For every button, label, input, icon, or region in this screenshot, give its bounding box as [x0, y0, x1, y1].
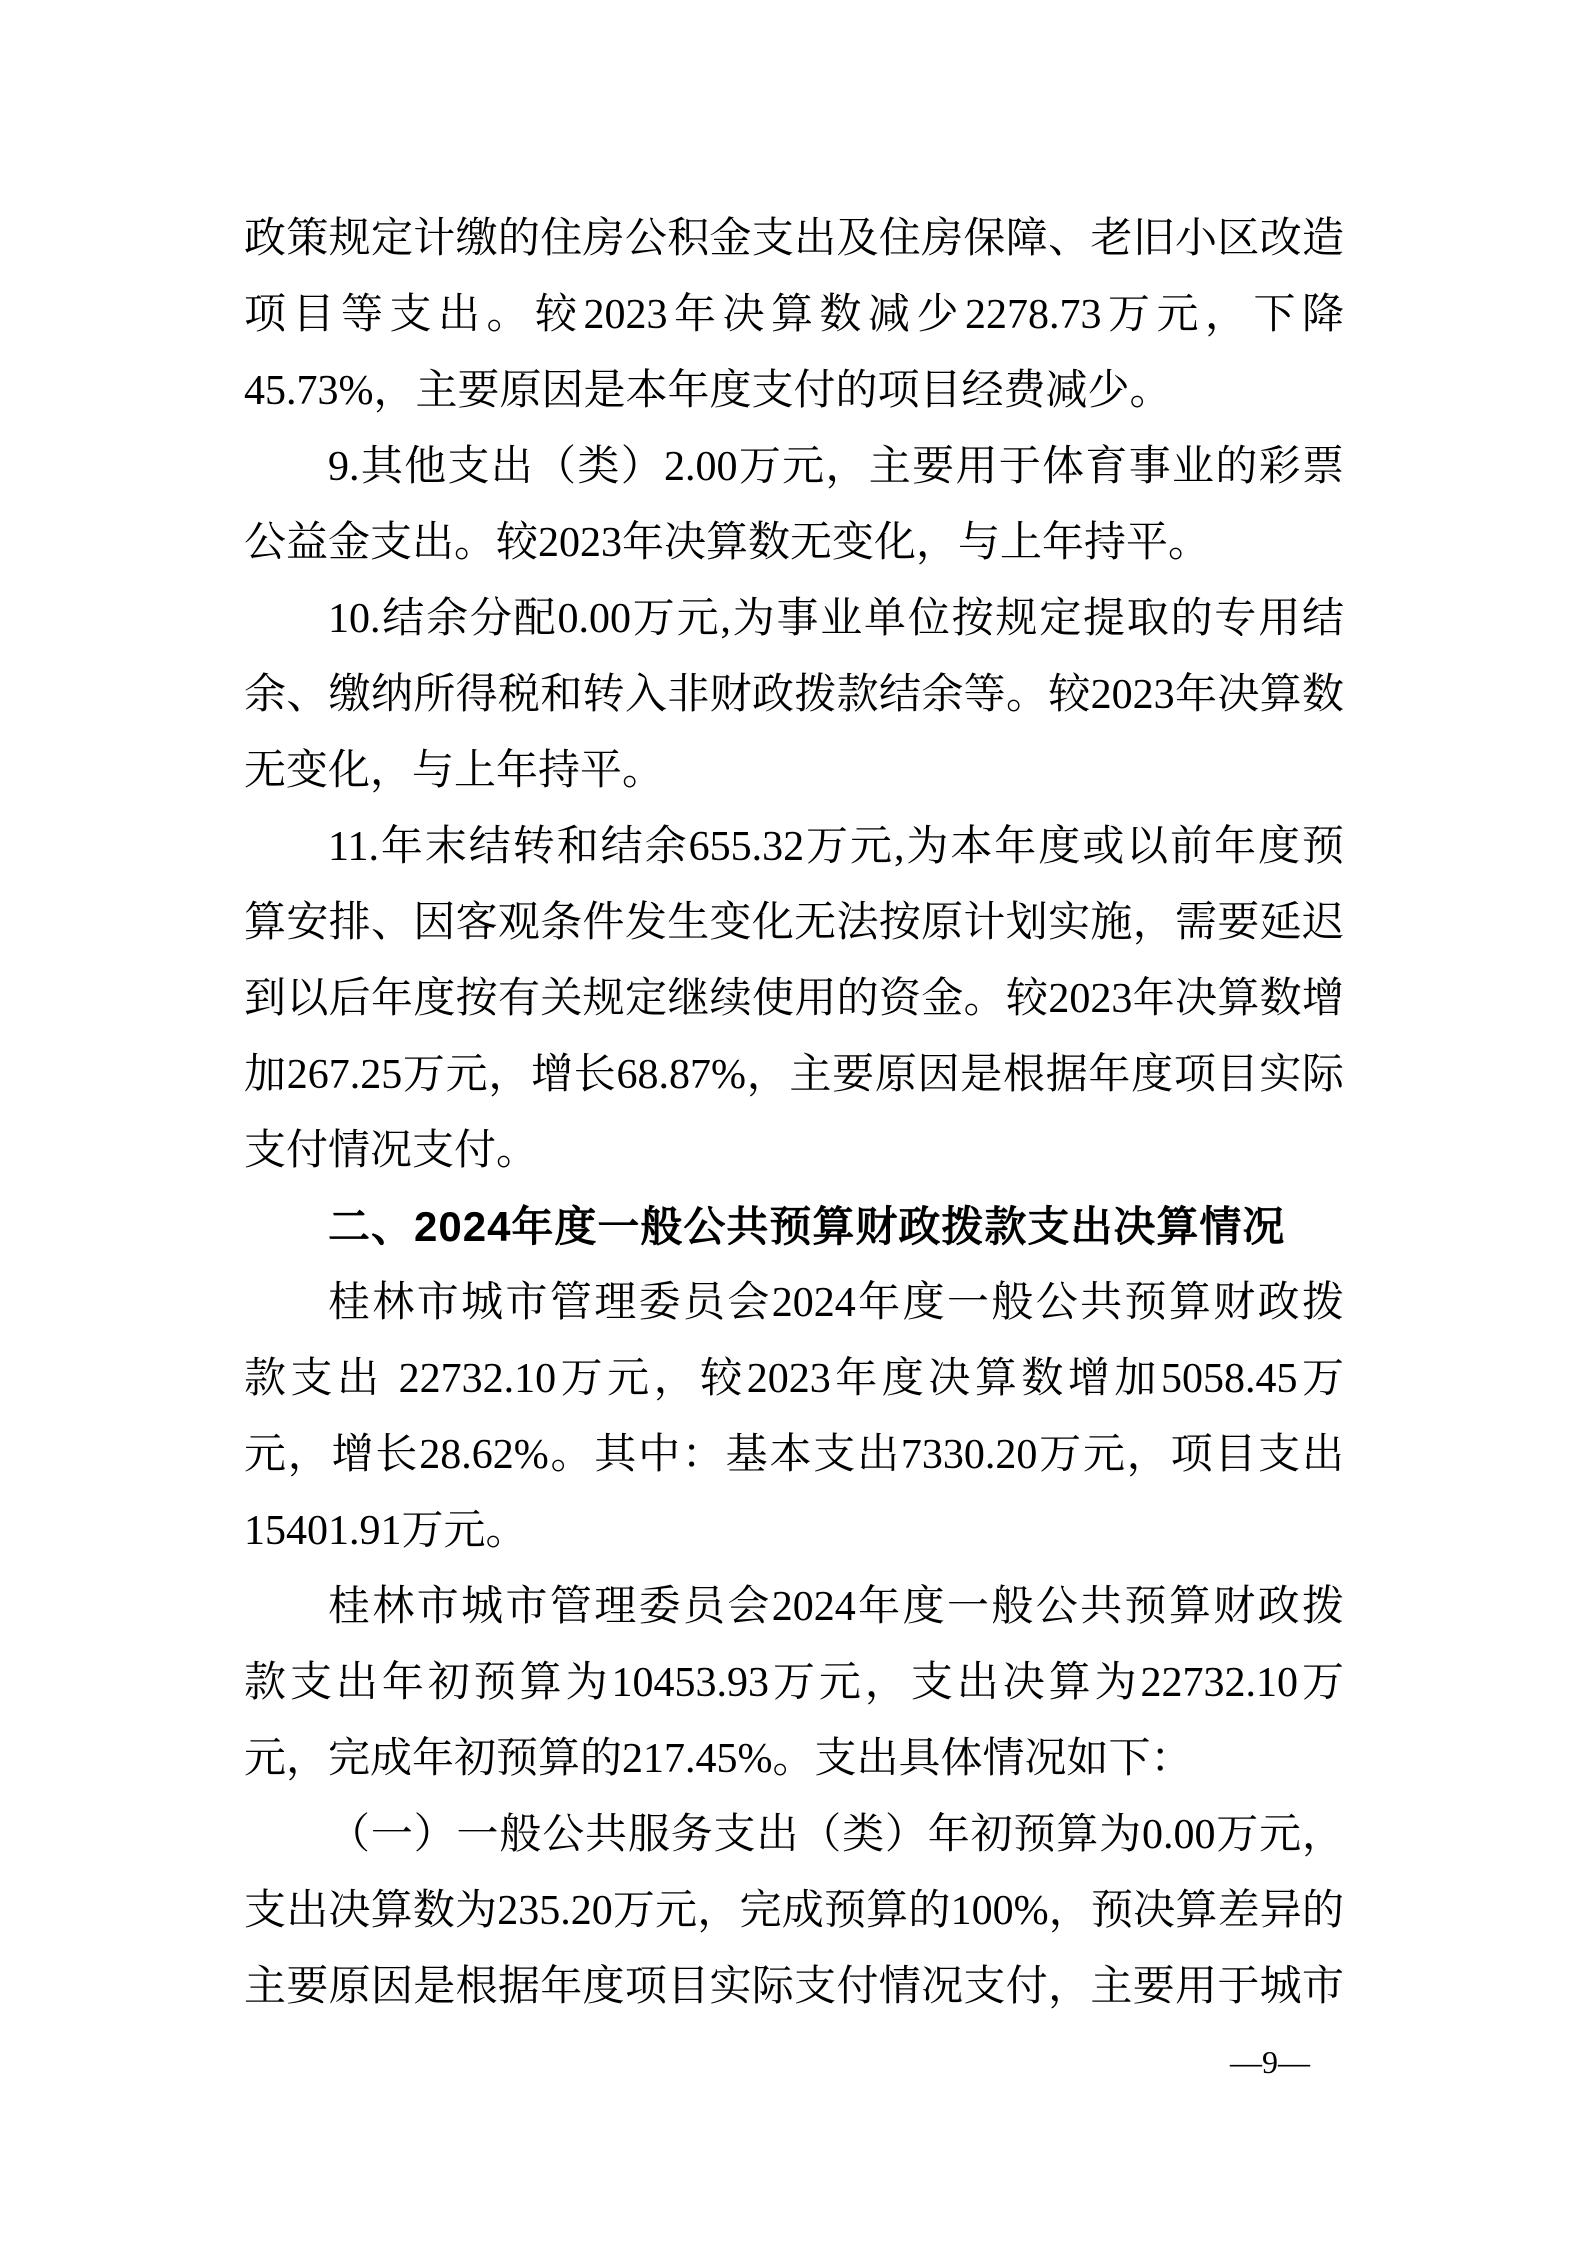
text-line: 元，增长28.62%。其中：基本支出7330.20万元，项目支出: [244, 1417, 1344, 1493]
text-line: 主要原因是根据年度项目实际支付情况支付，主要用于城市: [244, 1949, 1344, 2025]
text-line: 支付情况支付。: [244, 1113, 1344, 1189]
text-line: 桂林市城市管理委员会2024年度一般公共预算财政拨: [244, 1569, 1344, 1645]
text-line: 支出决算数为235.20万元，完成预算的100%，预决算差异的: [244, 1873, 1344, 1949]
text-line: 9.其他支出（类）2.00万元，主要用于体育事业的彩票: [244, 429, 1344, 505]
text-line: 款支出 22732.10万元，较2023年度决算数增加5058.45万: [244, 1341, 1344, 1417]
text-line: 款支出年初预算为10453.93万元，支出决算为22732.10万: [244, 1645, 1344, 1721]
text-line: 无变化，与上年持平。: [244, 733, 1344, 809]
page-number: —9—: [1230, 2042, 1310, 2082]
text-line: 桂林市城市管理委员会2024年度一般公共预算财政拨: [244, 1265, 1344, 1341]
text-line: 11.年末结转和结余655.32万元,为本年度或以前年度预: [244, 809, 1344, 885]
text-line: 45.73%，主要原因是本年度支付的项目经费减少。: [244, 353, 1344, 429]
text-line: （一）一般公共服务支出（类）年初预算为0.00万元，: [244, 1797, 1344, 1873]
text-line: 加267.25万元，增长68.87%，主要原因是根据年度项目实际: [244, 1037, 1344, 1113]
text-line: 算安排、因客观条件发生变化无法按原计划实施，需要延迟: [244, 885, 1344, 961]
text-line: 余、缴纳所得税和转入非财政拨款结余等。较2023年决算数: [244, 657, 1344, 733]
section-heading: 二、2024年度一般公共预算财政拨款支出决算情况: [244, 1189, 1344, 1265]
text-line: 10.结余分配0.00万元,为事业单位按规定提取的专用结: [244, 581, 1344, 657]
text-line: 项目等支出。较2023年决算数减少2278.73万元，下降: [244, 277, 1344, 353]
document-text-block: 政策规定计缴的住房公积金支出及住房保障、老旧小区改造 项目等支出。较2023年决…: [244, 201, 1344, 2025]
text-line: 元，完成年初预算的217.45%。支出具体情况如下：: [244, 1721, 1344, 1797]
document-page: 政策规定计缴的住房公积金支出及住房保障、老旧小区改造 项目等支出。较2023年决…: [0, 0, 1587, 2245]
text-line: 公益金支出。较2023年决算数无变化，与上年持平。: [244, 505, 1344, 581]
text-line: 到以后年度按有关规定继续使用的资金。较2023年决算数增: [244, 961, 1344, 1037]
text-line: 15401.91万元。: [244, 1493, 1344, 1569]
text-line: 政策规定计缴的住房公积金支出及住房保障、老旧小区改造: [244, 201, 1344, 277]
